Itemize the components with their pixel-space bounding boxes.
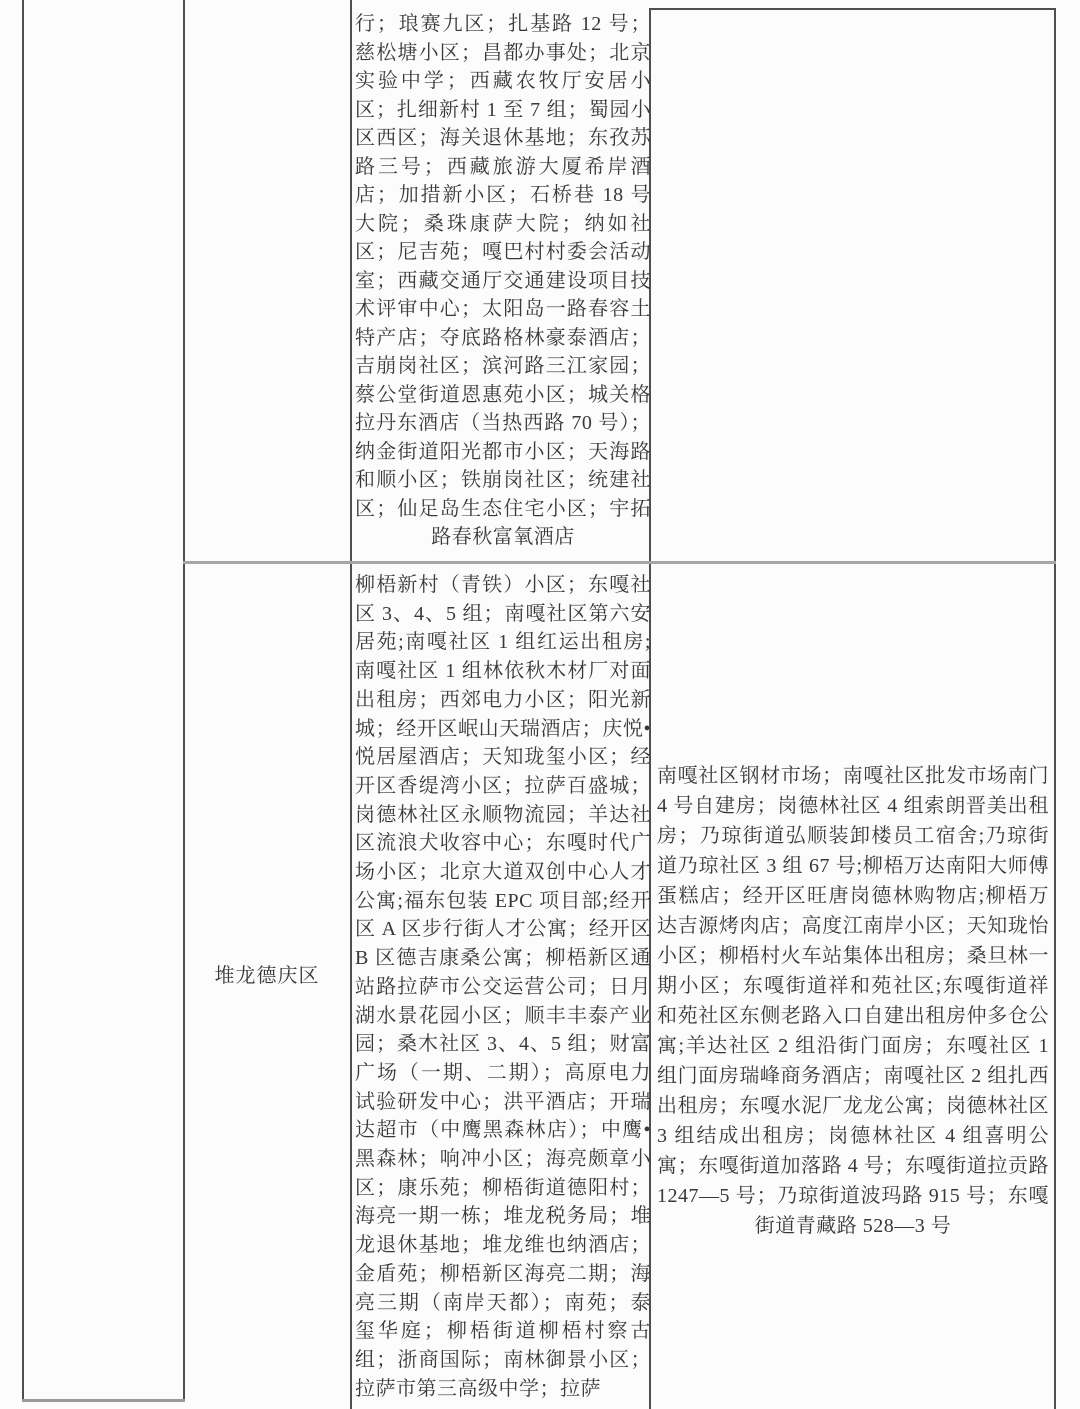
- area-list-row2-right-column: 南嘎社区钢材市场；南嘎社区批发市场南门 4 号自建房；岗德林社区 4 组索朗晋美…: [657, 761, 1049, 1241]
- district-name-label: 堆龙德庆区: [185, 960, 349, 992]
- document-page: 行；琅赛九区；扎基路 12 号；慈松塘小区；昌都办事处；北京实验中学；西藏农牧厅…: [0, 0, 1080, 1409]
- table-border-col2-col3: [350, 0, 352, 1409]
- table-border-top-right-cell: [649, 8, 1056, 10]
- area-list-row1-mid-column: 行；琅赛九区；扎基路 12 号；慈松塘小区；昌都办事处；北京实验中学；西藏农牧厅…: [353, 0, 653, 570]
- area-list-row2-right-column-cell: 南嘎社区钢材市场；南嘎社区批发市场南门 4 号自建房；岗德林社区 4 组索朗晋美…: [657, 565, 1049, 1409]
- table-border-bottom-left-cell: [22, 1399, 185, 1402]
- area-list-row2-mid-column: 柳梧新村（青铁）小区；东嘎社区 3、4、5 组；南嘎社区第六安居苑;南嘎社区 1…: [353, 565, 653, 1409]
- table-border-left: [22, 0, 24, 1401]
- table-border-right: [1054, 8, 1056, 1409]
- table-border-col1-col2: [183, 0, 185, 1401]
